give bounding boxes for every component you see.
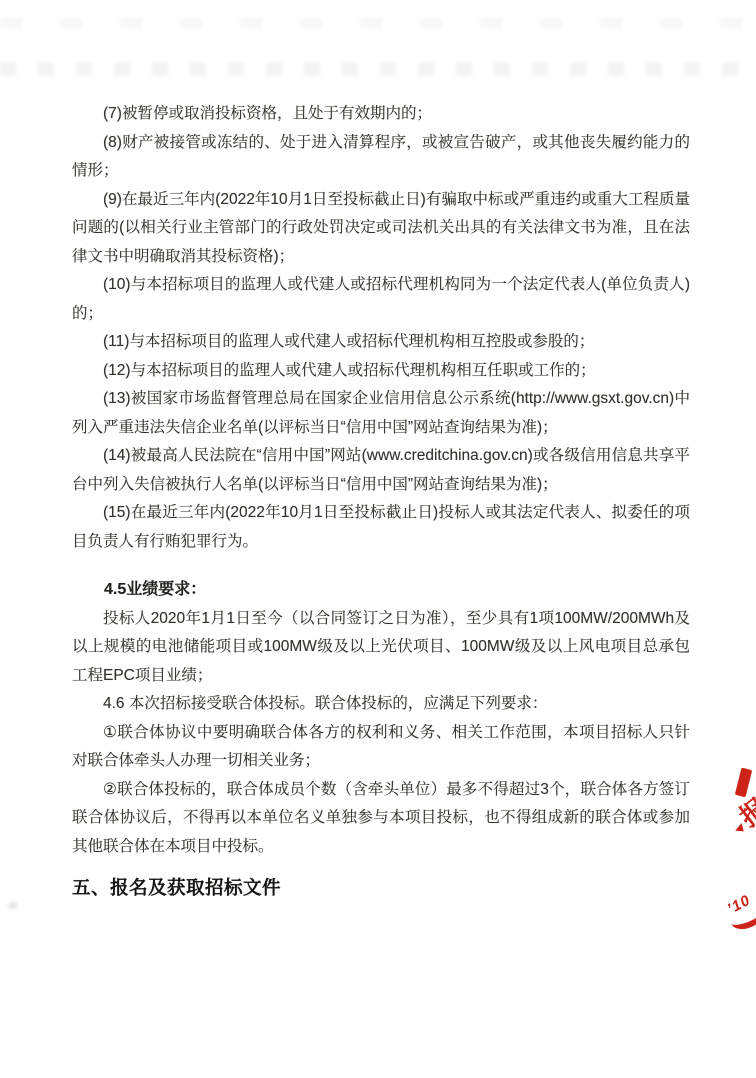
disqualification-item-15: (15)在最近三年内(2022年10月1日至投标截止日)投标人或其法定代表人、拟… [72,499,690,556]
stamp-arc-stroke [727,900,756,933]
document-page: (7)被暂停或取消投标资格，且处于有效期内的； (8)财产被接管或冻结的、处于进… [0,0,756,1078]
scan-smudge-dot [8,902,18,909]
consortium-requirement-2: ②联合体投标的，联合体成员个数（含牵头单位）最多不得超过3个，联合体各方签订联合… [72,776,690,862]
disqualification-item-14: (14)被最高人民法院在“信用中国”网站(www.creditchina.gov… [72,442,690,499]
red-stamp-fragment-top: 报 [720,763,756,847]
section-4-6-intro: 4.6 本次招标接受联合体投标。联合体投标的，应满足下列要求： [72,690,690,719]
section-5-heading: 五、报名及获取招标文件 [72,874,690,903]
section-4-5-body: 投标人2020年1月1日至今（以合同签订之日为准），至少具有1项100MW/20… [72,605,690,691]
disqualification-item-11: (11)与本招标项目的监理人或代建人或招标代理机构相互控股或参股的； [72,328,690,357]
scan-smudge-top [0,18,756,28]
document-body: (7)被暂停或取消投标资格，且处于有效期内的； (8)财产被接管或冻结的、处于进… [72,100,690,903]
disqualification-item-10: (10)与本招标项目的监理人或代建人或招标代理机构同为一个法定代表人(单位负责人… [72,271,690,328]
stamp-year-text: ’10 [724,892,753,918]
scan-smudge-bleedthrough [0,62,740,76]
disqualification-item-12: (12)与本招标项目的监理人或代建人或招标代理机构相互任职或工作的； [72,357,690,386]
disqualification-item-13: (13)被国家市场监督管理总局在国家企业信用信息公示系统(http://www.… [72,385,690,442]
disqualification-item-8: (8)财产被接管或冻结的、处于进入清算程序，或被宣告破产，或其他丧失履约能力的情… [72,129,690,186]
disqualification-item-7: (7)被暂停或取消投标资格，且处于有效期内的； [72,100,690,129]
red-stamp-fragment-bottom: ’10 [721,886,756,940]
section-4-5-heading: 4.5业绩要求： [72,576,690,605]
consortium-requirement-1: ①联合体协议中要明确联合体各方的权利和义务、相关工作范围，本项目招标人只针对联合… [72,719,690,776]
disqualification-item-9: (9)在最近三年内(2022年10月1日至投标截止日)有骗取中标或严重违约或重大… [72,186,690,272]
stamp-tick-mark [735,823,747,835]
stamp-stroke [735,768,752,798]
stamp-character: 报 [730,787,756,834]
